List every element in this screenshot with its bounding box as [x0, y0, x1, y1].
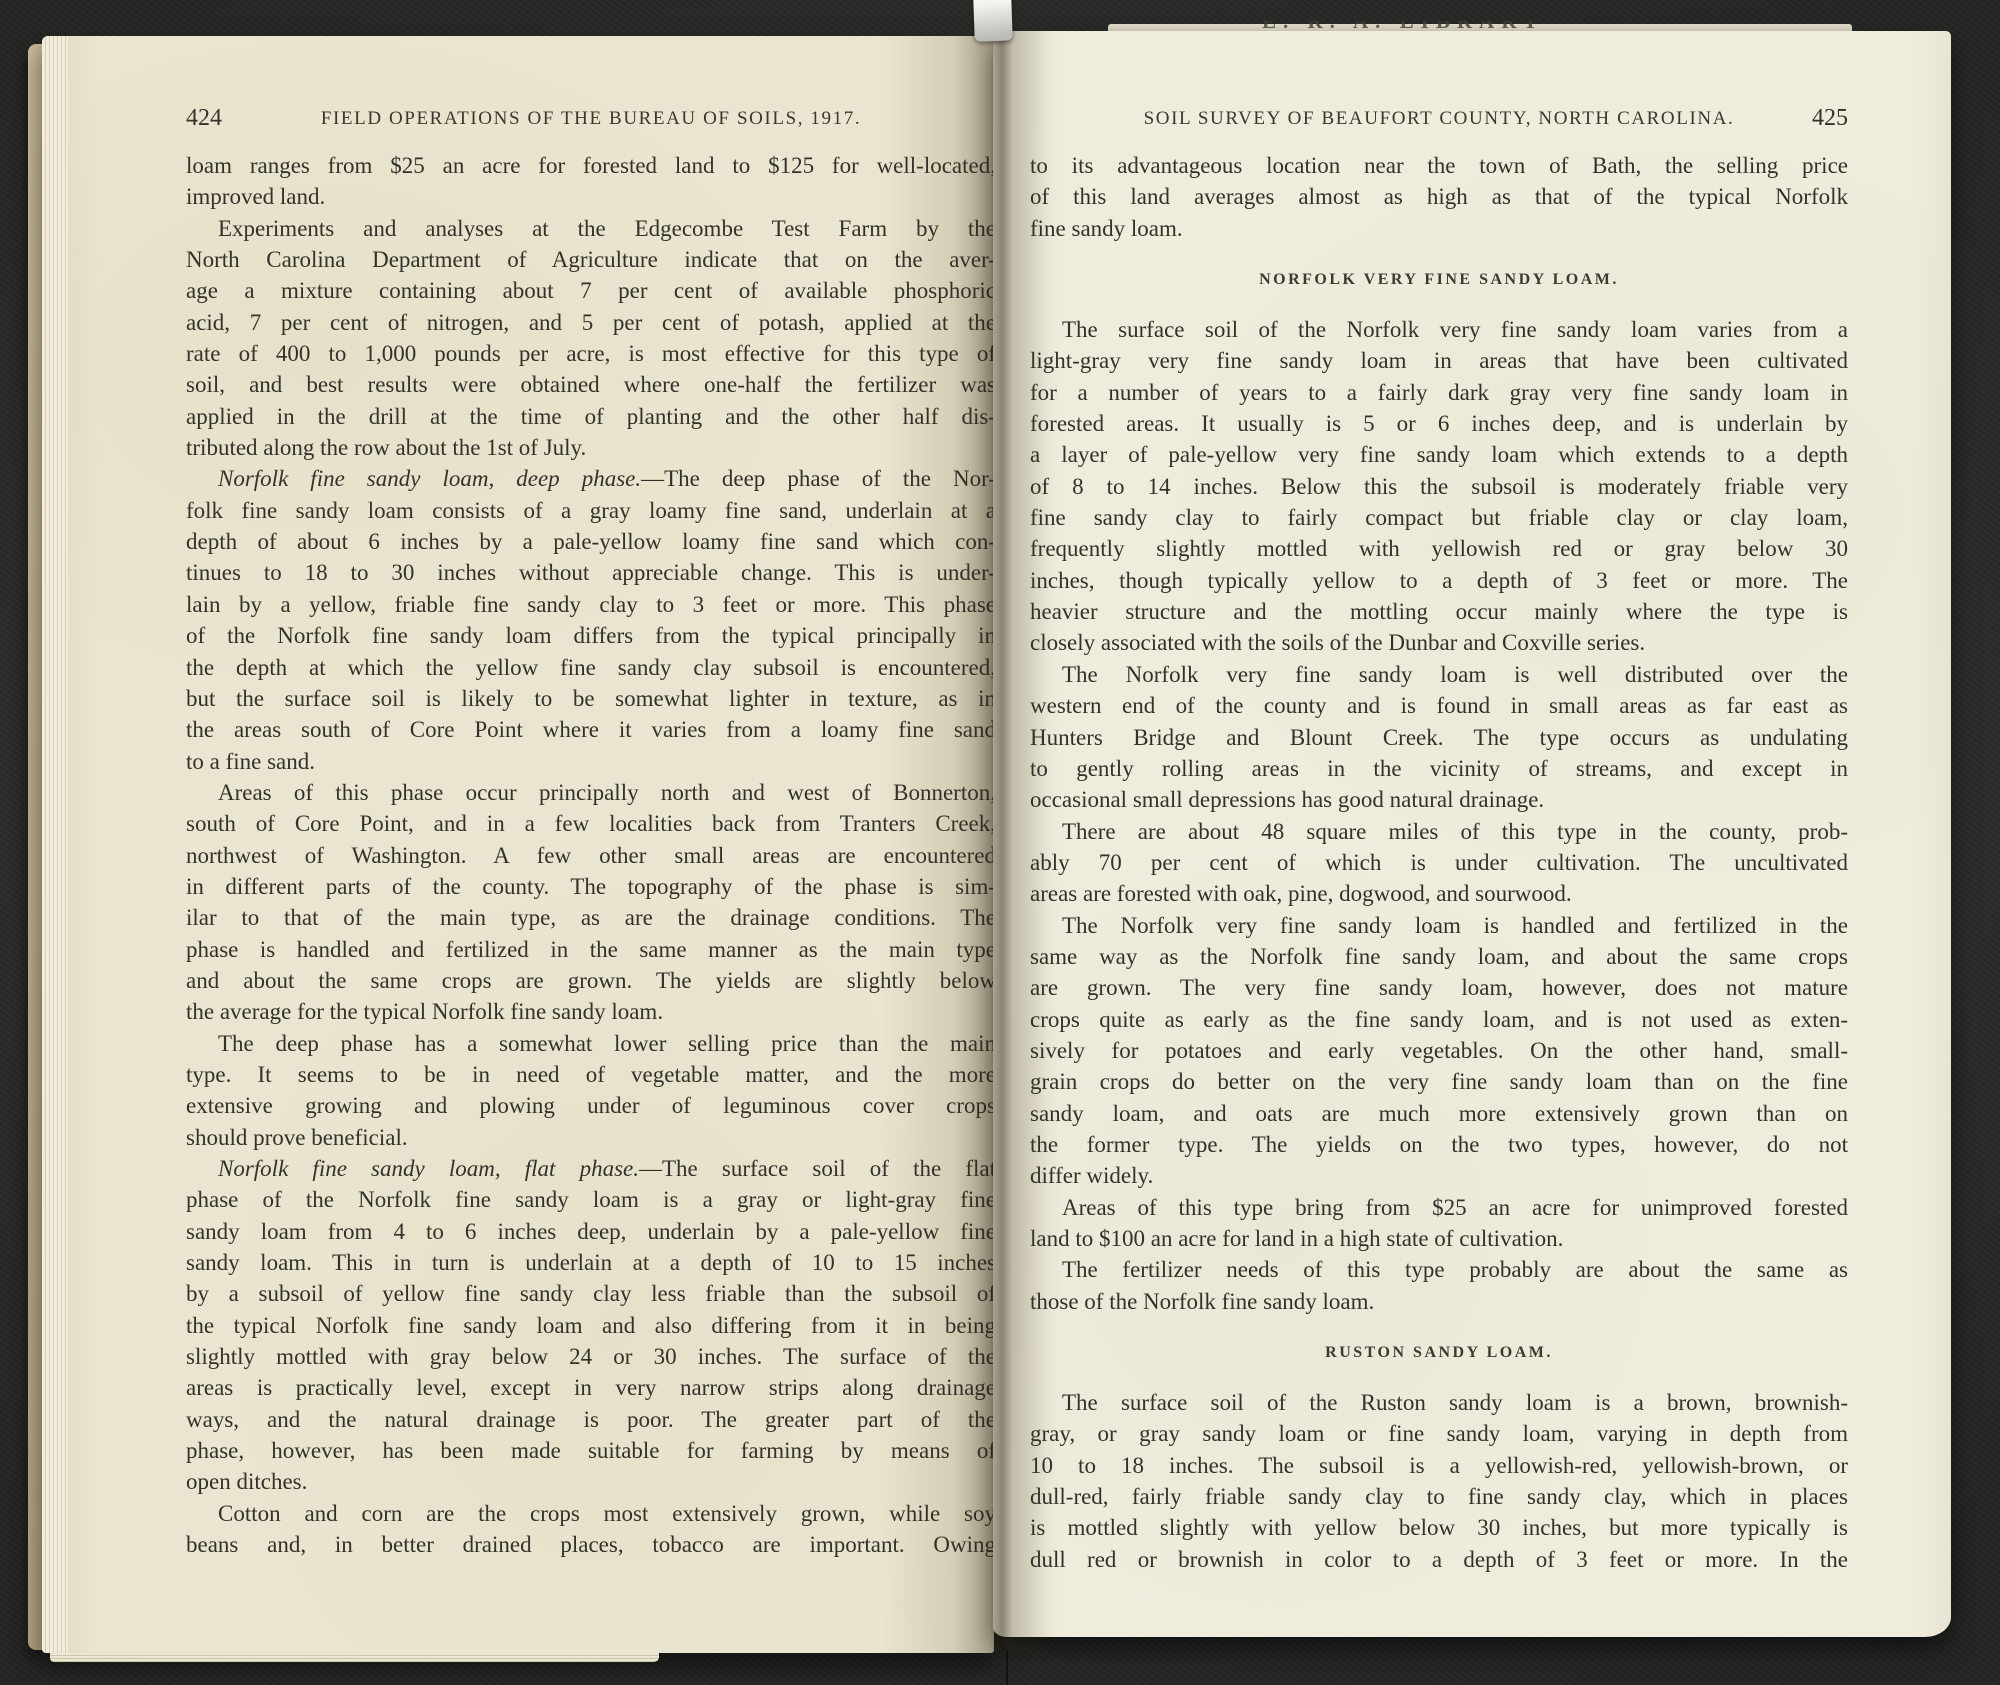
text-line: age a mixture containing about 7 per cen… — [186, 275, 996, 306]
text-line: the former type. The yields on the two t… — [1030, 1129, 1848, 1160]
text-line: tinues to 18 to 30 inches without apprec… — [186, 557, 996, 588]
text-line: The deep phase has a somewhat lower sell… — [186, 1028, 996, 1059]
text-line: differ widely. — [1030, 1160, 1848, 1191]
text-line: dull-red, fairly friable sandy clay to f… — [1030, 1481, 1848, 1512]
text-line: loam ranges from $25 an acre for foreste… — [186, 150, 996, 181]
text-line: There are about 48 square miles of this … — [1030, 816, 1848, 847]
text-line: to gently rolling areas in the vicinity … — [1030, 753, 1848, 784]
page-number-425: 425 — [1812, 102, 1848, 134]
text-line: The Norfolk very fine sandy loam is well… — [1030, 659, 1848, 690]
section-heading: NORFOLK VERY FINE SANDY LOAM. — [1030, 267, 1848, 293]
text-line: The fertilizer needs of this type probab… — [1030, 1254, 1848, 1285]
text-line: phase, however, has been made suitable f… — [186, 1435, 996, 1466]
text-line: extensive growing and plowing under of l… — [186, 1090, 996, 1121]
text-line: a layer of pale-yellow very fine sandy l… — [1030, 439, 1848, 470]
right-running-title: SOIL SURVEY OF BEAUFORT COUNTY, NORTH CA… — [1030, 102, 1848, 136]
paragraph: Experiments and analyses at the Edgecomb… — [186, 213, 996, 464]
text-line: improved land. — [186, 181, 996, 212]
text-line: Areas of this phase occur principally no… — [186, 777, 996, 808]
text-line: The surface soil of the Norfolk very fin… — [1030, 314, 1848, 345]
text-line: fine sandy clay to fairly compact but fr… — [1030, 502, 1848, 533]
text-line: frequently slightly mottled with yellowi… — [1030, 533, 1848, 564]
text-line: forested areas. It usually is 5 or 6 inc… — [1030, 408, 1848, 439]
text-line: the average for the typical Norfolk fine… — [186, 996, 996, 1027]
paragraph: There are about 48 square miles of this … — [1030, 816, 1848, 910]
text-line: sandy loam, and oats are much more exten… — [1030, 1098, 1848, 1129]
text-line: south of Core Point, and in a few locali… — [186, 808, 996, 839]
text-line: heavier structure and the mottling occur… — [1030, 596, 1848, 627]
paragraph: Norfolk fine sandy loam, deep phase.—The… — [186, 463, 996, 776]
text-line: gray, or gray sandy loam or fine sandy l… — [1030, 1418, 1848, 1449]
text-line: folk fine sandy loam consists of a gray … — [186, 495, 996, 526]
text-line: the typical Norfolk fine sandy loam and … — [186, 1310, 996, 1341]
text-line: for a number of years to a fairly dark g… — [1030, 377, 1848, 408]
text-line: western end of the county and is found i… — [1030, 690, 1848, 721]
text-line: The Norfolk very fine sandy loam is hand… — [1030, 910, 1848, 941]
text-line: but the surface soil is likely to be som… — [186, 683, 996, 714]
text-line: should prove beneficial. — [186, 1122, 996, 1153]
text-line: occasional small depressions has good na… — [1030, 784, 1848, 815]
right-page-text-column: SOIL SURVEY OF BEAUFORT COUNTY, NORTH CA… — [1030, 102, 1848, 1575]
paragraph: Cotton and corn are the crops most exten… — [186, 1498, 996, 1561]
right-running-head: SOIL SURVEY OF BEAUFORT COUNTY, NORTH CA… — [1030, 102, 1848, 136]
text-line: northwest of Washington. A few other sma… — [186, 840, 996, 871]
text-line: slightly mottled with gray below 24 or 3… — [186, 1341, 996, 1372]
text-line: open ditches. — [186, 1466, 996, 1497]
text-line: crops quite as early as the fine sandy l… — [1030, 1004, 1848, 1035]
section-heading: RUSTON SANDY LOAM. — [1030, 1340, 1848, 1366]
text-line: Hunters Bridge and Blount Creek. The typ… — [1030, 722, 1848, 753]
paragraph: The Norfolk very fine sandy loam is hand… — [1030, 910, 1848, 1192]
text-line: land to $100 an acre for land in a high … — [1030, 1223, 1848, 1254]
left-page-body: loam ranges from $25 an acre for foreste… — [186, 150, 996, 1560]
text-line: same way as the Norfolk fine sandy loam,… — [1030, 941, 1848, 972]
paragraph: The surface soil of the Ruston sandy loa… — [1030, 1387, 1848, 1575]
text-line: and about the same crops are grown. The … — [186, 965, 996, 996]
paragraph: Areas of this phase occur principally no… — [186, 777, 996, 1028]
book-gutter-shadow — [952, 31, 1048, 1653]
text-line: of this land averages almost as high as … — [1030, 181, 1848, 212]
paragraph: The fertilizer needs of this type probab… — [1030, 1254, 1848, 1317]
text-line: areas is practically level, except in ve… — [186, 1372, 996, 1403]
text-line: fine sandy loam. — [1030, 213, 1848, 244]
text-line: sandy loam. This in turn is underlain at… — [186, 1247, 996, 1278]
text-line: by a subsoil of yellow fine sandy clay l… — [186, 1278, 996, 1309]
text-line: type. It seems to be in need of vegetabl… — [186, 1059, 996, 1090]
text-line: is mottled slightly with yellow below 30… — [1030, 1512, 1848, 1543]
text-line: tributed along the row about the 1st of … — [186, 432, 996, 463]
text-line: beans and, in better drained places, tob… — [186, 1529, 996, 1560]
photo-backdrop: E. R. A. LIBRARY 424 FIELD OPERATIONS OF… — [0, 0, 2000, 1685]
text-line: depth of about 6 inches by a pale-yellow… — [186, 526, 996, 557]
clipped-library-stamp: E. R. A. LIBRARY — [1262, 21, 1672, 35]
text-line: are grown. The very fine sandy loam, how… — [1030, 972, 1848, 1003]
left-running-head: 424 FIELD OPERATIONS OF THE BUREAU OF SO… — [186, 102, 996, 136]
text-line: The surface soil of the Ruston sandy loa… — [1030, 1387, 1848, 1418]
backdrop-seam — [1006, 1650, 1008, 1685]
text-line: ilar to that of the main type, as are th… — [186, 902, 996, 933]
text-line: in different parts of the county. The to… — [186, 871, 996, 902]
paragraph: The surface soil of the Norfolk very fin… — [1030, 314, 1848, 659]
text-line: 10 to 18 inches. The subsoil is a yellow… — [1030, 1450, 1848, 1481]
text-line: ably 70 per cent of which is under culti… — [1030, 847, 1848, 878]
text-line: phase is handled and fertilized in the s… — [186, 934, 996, 965]
paragraph: loam ranges from $25 an acre for foreste… — [186, 150, 996, 213]
text-line: light-gray very fine sandy loam in areas… — [1030, 345, 1848, 376]
text-line: Experiments and analyses at the Edgecomb… — [186, 213, 996, 244]
text-line: to a fine sand. — [186, 746, 996, 777]
text-line: ways, and the natural drainage is poor. … — [186, 1404, 996, 1435]
text-line: of 8 to 14 inches. Below this the subsoi… — [1030, 471, 1848, 502]
left-page: 424 FIELD OPERATIONS OF THE BUREAU OF SO… — [42, 36, 994, 1653]
right-page: SOIL SURVEY OF BEAUFORT COUNTY, NORTH CA… — [993, 31, 1951, 1637]
text-line: Cotton and corn are the crops most exten… — [186, 1498, 996, 1529]
text-line: Areas of this type bring from $25 an acr… — [1030, 1192, 1848, 1223]
text-line: closely associated with the soils of the… — [1030, 627, 1848, 658]
left-running-title: FIELD OPERATIONS OF THE BUREAU OF SOILS,… — [186, 102, 996, 136]
text-line: applied in the drill at the time of plan… — [186, 401, 996, 432]
text-line: areas are forested with oak, pine, dogwo… — [1030, 878, 1848, 909]
spine-top-paper-fragment — [973, 0, 1013, 42]
text-line: grain crops do better on the very fine s… — [1030, 1066, 1848, 1097]
text-line: lain by a yellow, friable fine sandy cla… — [186, 589, 996, 620]
text-line: rate of 400 to 1,000 pounds per acre, is… — [186, 338, 996, 369]
text-line: inches, though typically yellow to a dep… — [1030, 565, 1848, 596]
text-line: Norfolk fine sandy loam, deep phase.—The… — [186, 463, 996, 494]
text-line: North Carolina Department of Agriculture… — [186, 244, 996, 275]
left-page-text-column: 424 FIELD OPERATIONS OF THE BUREAU OF SO… — [186, 102, 996, 1560]
paragraph: The deep phase has a somewhat lower sell… — [186, 1028, 996, 1153]
text-line: of the Norfolk fine sandy loam differs f… — [186, 620, 996, 651]
right-page-body: to its advantageous location near the to… — [1030, 150, 1848, 1575]
paragraph: Areas of this type bring from $25 an acr… — [1030, 1192, 1848, 1255]
text-line: sively for potatoes and early vegetables… — [1030, 1035, 1848, 1066]
text-line: the areas south of Core Point where it v… — [186, 714, 996, 745]
library-stamp-text: E. R. A. LIBRARY — [1262, 21, 1672, 34]
paragraph: to its advantageous location near the to… — [1030, 150, 1848, 244]
text-line: soil, and best results were obtained whe… — [186, 369, 996, 400]
page-number-424: 424 — [186, 102, 222, 134]
text-line: phase of the Norfolk fine sandy loam is … — [186, 1184, 996, 1215]
text-line: those of the Norfolk fine sandy loam. — [1030, 1286, 1848, 1317]
text-line: dull red or brownish in color to a depth… — [1030, 1544, 1848, 1575]
text-line: acid, 7 per cent of nitrogen, and 5 per … — [186, 307, 996, 338]
paragraph: The Norfolk very fine sandy loam is well… — [1030, 659, 1848, 816]
text-line: sandy loam from 4 to 6 inches deep, unde… — [186, 1216, 996, 1247]
text-line: Norfolk fine sandy loam, flat phase.—The… — [186, 1153, 996, 1184]
text-line: the depth at which the yellow fine sandy… — [186, 652, 996, 683]
paragraph: Norfolk fine sandy loam, flat phase.—The… — [186, 1153, 996, 1498]
text-line: to its advantageous location near the to… — [1030, 150, 1848, 181]
